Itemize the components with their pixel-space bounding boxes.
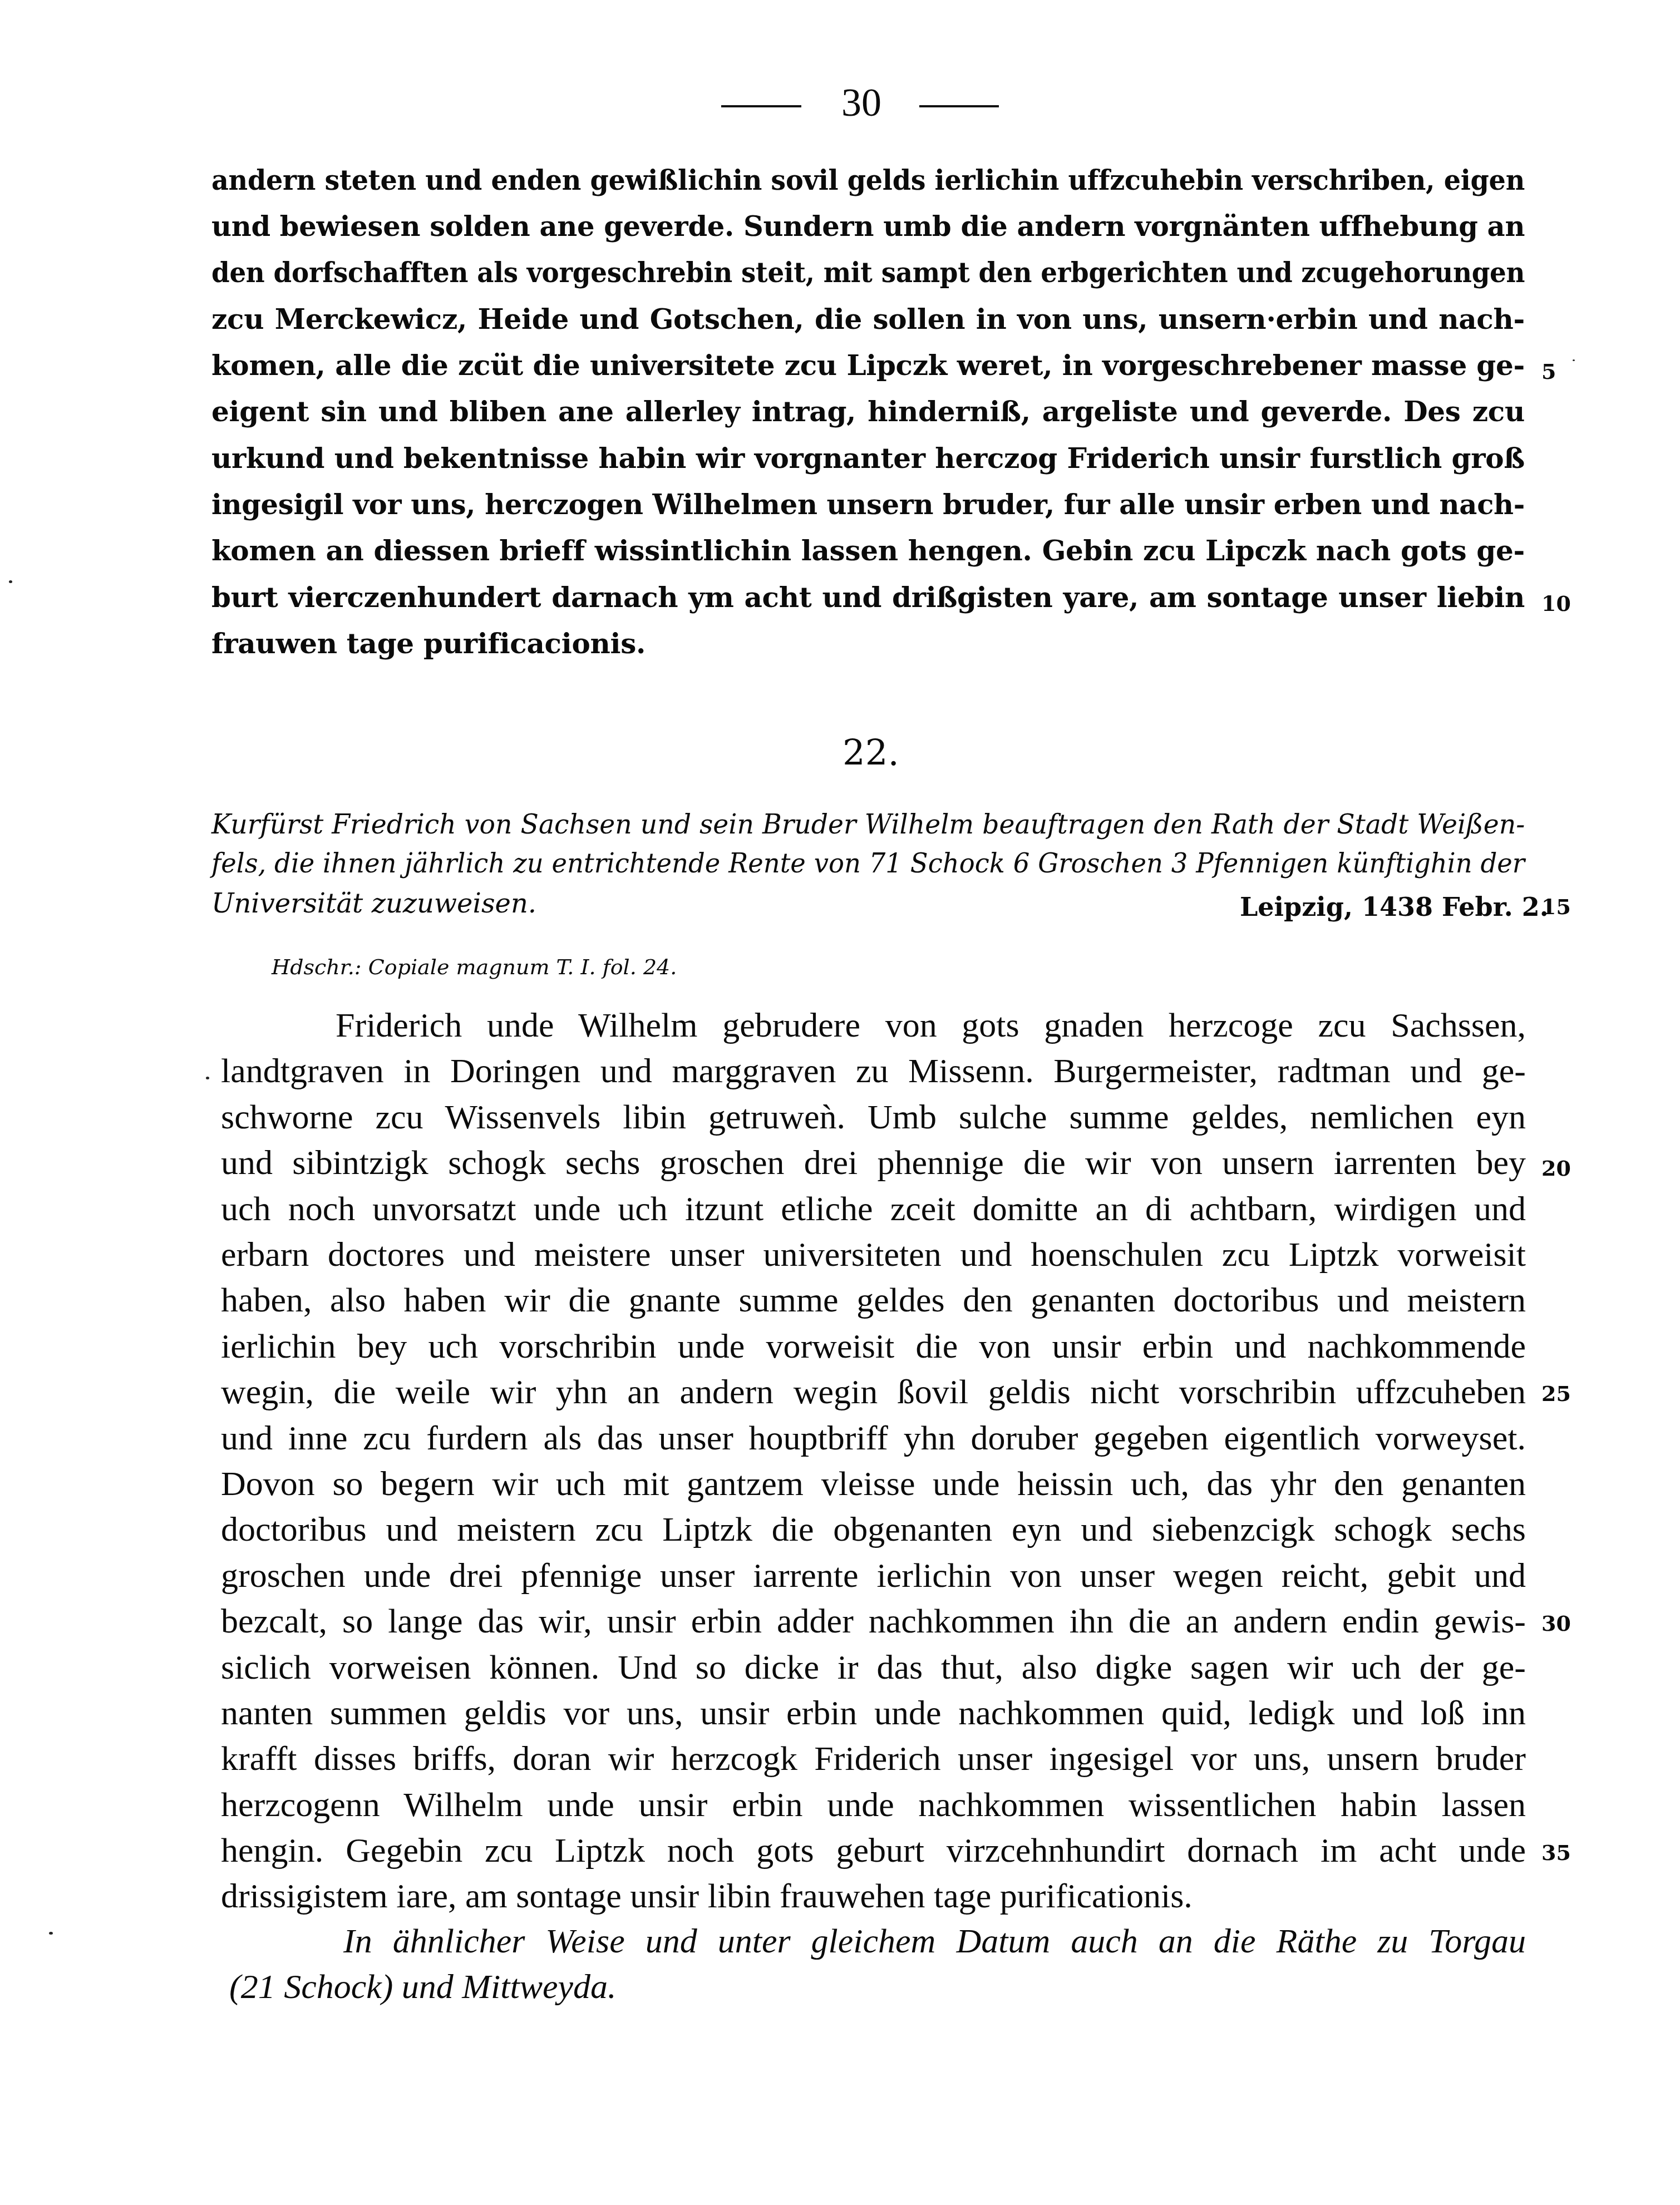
- scan-speck: [1573, 359, 1575, 361]
- text-line: Friderich unde Wilhelm gebrudere von got…: [336, 1003, 1526, 1048]
- text-line: doctoribus und meistern zcu Liptzk die o…: [221, 1507, 1526, 1552]
- line-number: 10: [1541, 593, 1571, 615]
- line-number: 30: [1541, 1612, 1571, 1635]
- text-line: komen an diessen brieff wissintlichin la…: [211, 527, 1525, 574]
- text-line: herzcogenn Wilhelm unde unsir erbin unde…: [221, 1782, 1526, 1828]
- text-line: siclich vorweisen können. Und so dicke i…: [221, 1645, 1526, 1690]
- document-number-heading: 22.: [835, 733, 907, 773]
- page-number-dash-left: [721, 105, 801, 107]
- text-line: hengin. Gegebin zcu Liptzk noch gots geb…: [221, 1828, 1526, 1873]
- scan-speck: [49, 1932, 53, 1935]
- note-line: In ähnlicher Weise und unter gleichem Da…: [343, 1918, 1526, 1964]
- page-number-dash-right: [919, 105, 999, 107]
- scan-speck: [206, 1077, 209, 1079]
- text-line: zcu Merckewicz, Heide und Gotschen, die …: [211, 296, 1525, 343]
- document-page: 30 andern steten und enden gewißlichin s…: [0, 0, 1680, 2205]
- text-line: schworne zcu Wissenvels libin getruweǹ. …: [221, 1094, 1526, 1140]
- manuscript-source: Hdschr.: Copiale magnum T. I. fol. 24.: [272, 955, 677, 979]
- text-line: erbarn doctores und meistere unser unive…: [221, 1232, 1526, 1277]
- line-number: 35: [1541, 1842, 1571, 1864]
- line-number: 20: [1541, 1157, 1571, 1180]
- text-line: haben, also haben wir die gnante summe g…: [221, 1277, 1526, 1323]
- text-line: andern steten und enden gewißlichin sovi…: [211, 157, 1525, 204]
- text-line: wegin, die weile wir yhn an andern wegin…: [221, 1369, 1526, 1415]
- text-line: eigent sin und bliben ane allerley intra…: [211, 388, 1525, 435]
- text-line: den dorfschafften als vorgeschrebin stei…: [211, 249, 1525, 296]
- text-line: groschen unde drei pfennige unser iarren…: [221, 1553, 1526, 1599]
- note-line: (21 Schock) und Mittweyda.: [229, 1964, 897, 2010]
- text-line: krafft disses briffs, doran wir herzcogk…: [221, 1736, 1526, 1782]
- summary-line: fels, die ihnen jährlich zu entrichtende…: [211, 844, 1525, 883]
- text-line: drissigistem iare, am sontage unsir libi…: [221, 1873, 1526, 1919]
- text-line: ingesigil vor uns, herczogen Wilhelmen u…: [211, 481, 1525, 528]
- place-date: Leipzig, 1438 Febr. 2.: [1240, 893, 1518, 921]
- line-number: 5: [1541, 361, 1556, 383]
- text-line: frauwen tage purificacionis.: [211, 620, 1525, 667]
- summary-line: Kurfürst Friedrich von Sachsen und sein …: [211, 805, 1525, 844]
- text-line: ierlichin bey uch vorschribin unde vorwe…: [221, 1324, 1526, 1369]
- text-line: Dovon so begern wir uch mit gantzem vlei…: [221, 1461, 1526, 1507]
- text-line: und inne zcu furdern als das unser houpt…: [221, 1415, 1526, 1461]
- page-number: 30: [835, 82, 888, 122]
- scan-speck: [9, 580, 12, 583]
- line-number: 15: [1541, 896, 1571, 918]
- text-line: bezcalt, so lange das wir, unsir erbin a…: [221, 1599, 1526, 1644]
- text-line: und bewiesen solden ane geverde. Sundern…: [211, 203, 1525, 250]
- text-line: landtgraven in Doringen und marggraven z…: [221, 1048, 1526, 1094]
- text-line: nanten summen geldis vor uns, unsir erbi…: [221, 1690, 1526, 1736]
- text-line: komen, alle die zcüt die universitete zc…: [211, 342, 1525, 389]
- summary-line: Universität zuzuweisen.: [211, 884, 879, 923]
- line-number: 25: [1541, 1383, 1571, 1405]
- text-line: urkund und bekentnisse habin wir vorgnan…: [211, 435, 1525, 482]
- text-line: und sibintzigk schogk sechs groschen dre…: [221, 1140, 1526, 1186]
- text-line: burt vierczenhundert darnach ym acht und…: [211, 574, 1525, 621]
- text-line: uch noch unvorsatzt unde uch itzunt etli…: [221, 1186, 1526, 1232]
